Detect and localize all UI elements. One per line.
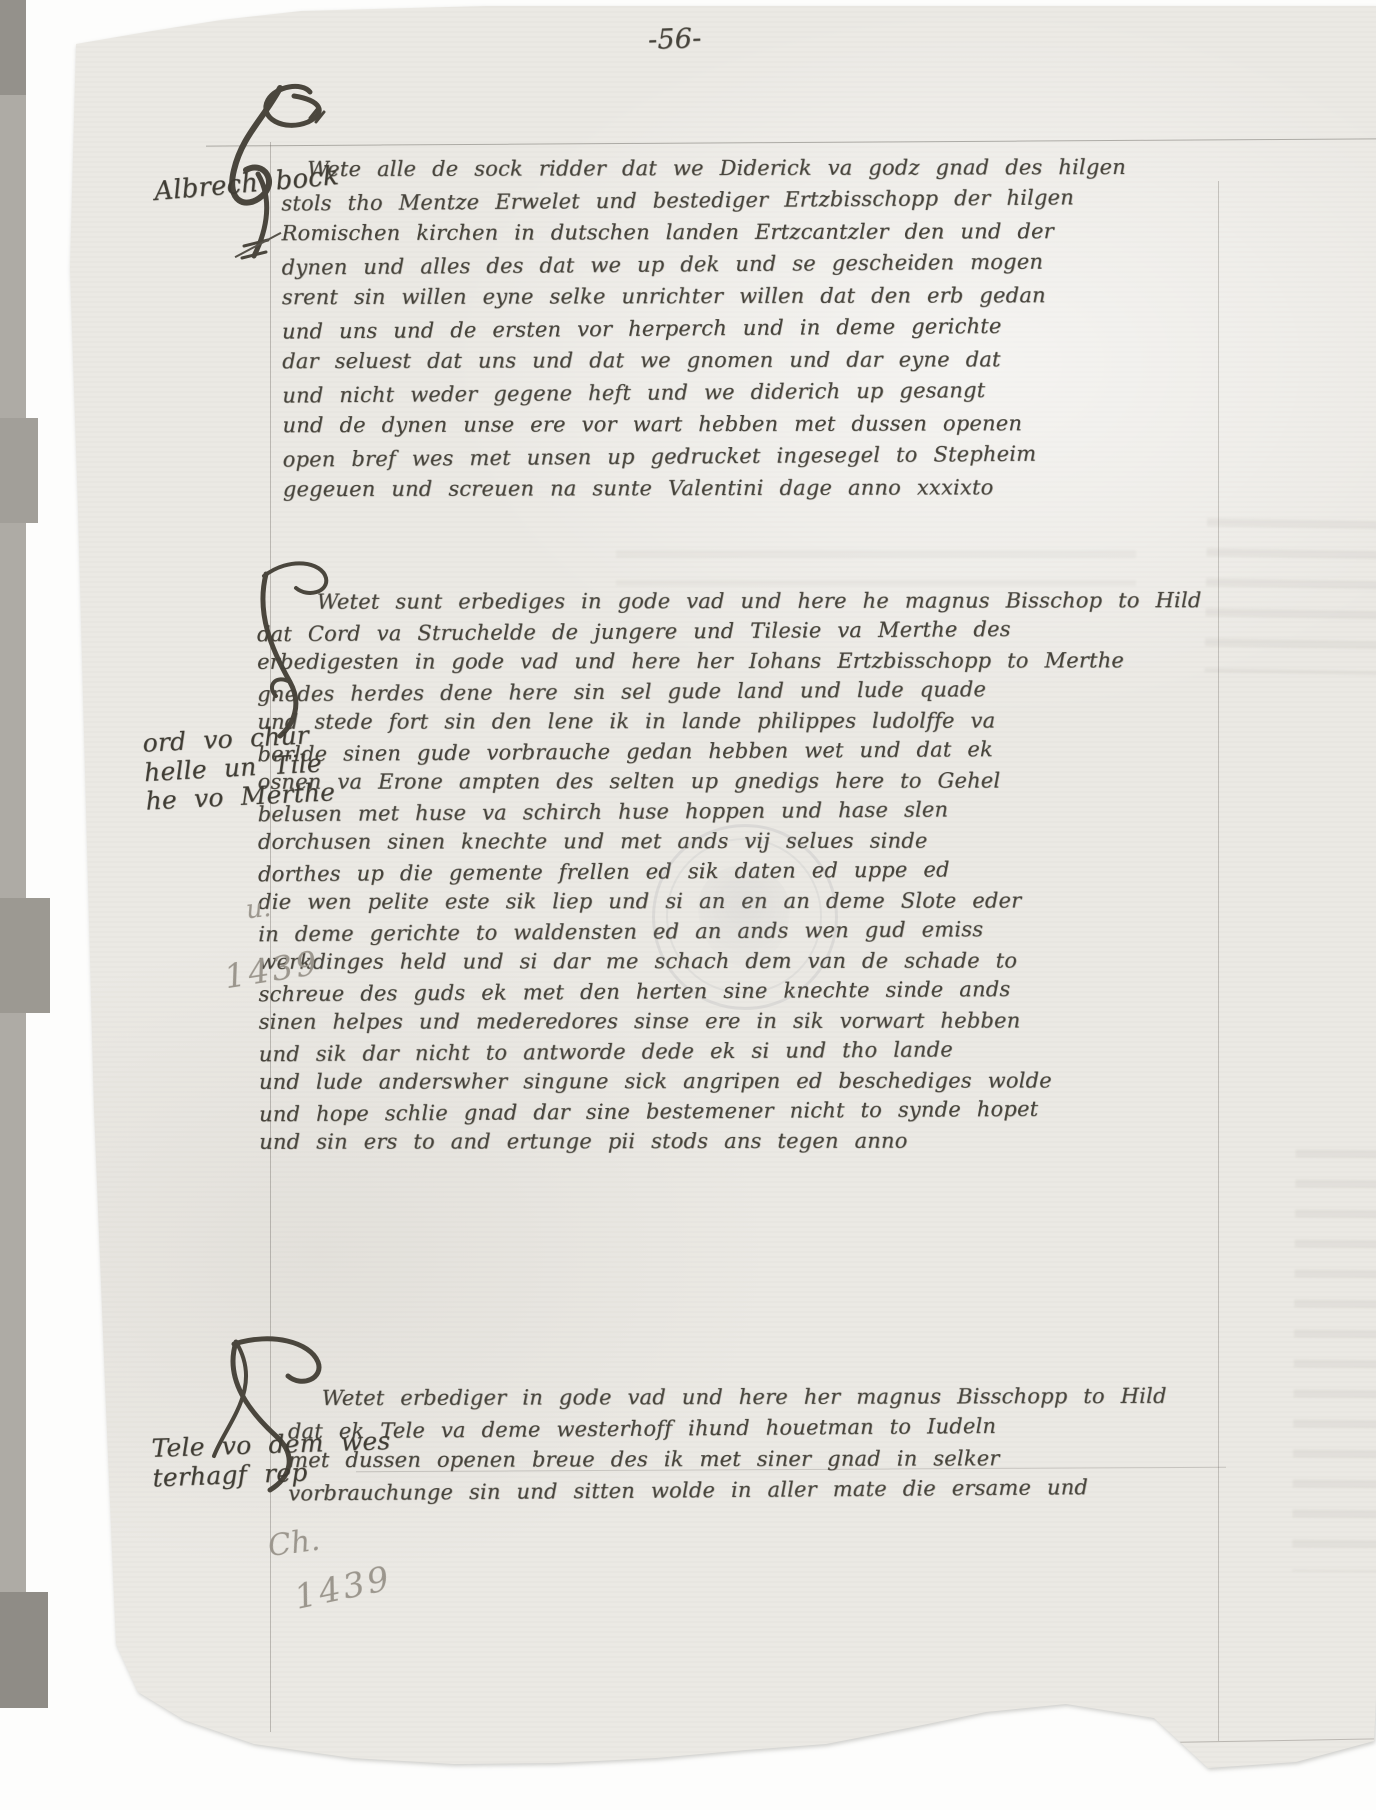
margin-note-slash — [235, 232, 282, 258]
text-line: dynen und alles des dat we up dek und se… — [282, 244, 1187, 283]
margin-note-names: ord vo churhelle un Tilehe vo Merthe — [142, 719, 336, 816]
text-line: Wete alle de sock ridder dat we Diderick… — [281, 151, 1186, 185]
text-line: berlde sinen gude vorbrauche gedan hebbe… — [257, 733, 1187, 769]
pencil-annotation: Ch. — [266, 1523, 322, 1565]
paragraph-1: Wete alle de sock ridder dat we Diderick… — [281, 150, 1188, 507]
text-line: Wetet erbediger in gode vad und here her… — [288, 1381, 1168, 1414]
ink-bleedthrough — [616, 534, 1136, 586]
text-line: gnedes herdes dene here sin sel gude lan… — [257, 673, 1187, 709]
pencil-rule-bottom — [956, 1738, 1376, 1746]
manuscript-page-wrap: -56- W — [0, 0, 1376, 1810]
text-line: und lude anderswher singune sick angripe… — [259, 1065, 1189, 1097]
paragraph-3: Wetet erbediger in gode vad und here her… — [288, 1380, 1169, 1509]
pencil-rule-top — [206, 138, 1376, 146]
ink-bleedthrough — [1205, 502, 1376, 676]
ink-bleedthrough — [1292, 1133, 1376, 1572]
text-line: und sin ers to and ertunge pii stods ans… — [259, 1125, 1189, 1157]
text-line: gegeuen und screuen na sunte Valentini d… — [283, 471, 1188, 505]
text-line: dar seluest dat uns und dat we gnomen un… — [282, 343, 1187, 377]
text-line: Wetet sunt erbediges in gode vad und her… — [257, 585, 1187, 617]
margin-note-names: Tele vo dem westerhagf rep — [151, 1426, 392, 1492]
text-line: Romischen kirchen in dutschen landen Ert… — [281, 215, 1186, 249]
text-line: dat Cord va Struchelde de jungere und Ti… — [257, 613, 1187, 649]
text-line: erbedigesten in gode vad und here her Io… — [257, 645, 1187, 677]
pencil-annotation: u. — [245, 893, 273, 925]
circular-archive-stamp-icon — [652, 824, 838, 1010]
text-line: und de dynen unse ere vor wart hebben me… — [282, 407, 1187, 441]
text-line: und sik dar nicht to antworde dede ek si… — [259, 1033, 1189, 1069]
text-line: met dussen openen breue des ik met siner… — [288, 1443, 1168, 1476]
text-line: srent sin willen eyne selke unrichter wi… — [282, 279, 1187, 313]
text-line: open bref wes met unsen up gedrucket ing… — [283, 436, 1188, 475]
pencil-rule-right — [1218, 181, 1219, 1741]
text-line: und stede fort sin den lene ik in lande … — [257, 705, 1187, 737]
text-line: und uns und de ersten vor herperch und i… — [282, 308, 1187, 347]
text-line: und nicht weder gegene heft und we dider… — [282, 372, 1187, 411]
text-line: dat ek Tele va deme westerhoff ihund hou… — [288, 1410, 1168, 1448]
text-line: vorbrauchunge sin und sitten wolde in al… — [288, 1472, 1168, 1510]
page-number: -56- — [647, 23, 701, 56]
manuscript-page: -56- W — [56, 6, 1376, 1790]
text-line: stols tho Mentze Erwelet und bestediger … — [281, 180, 1186, 219]
text-line: osnen va Erone ampten des selten up gned… — [258, 765, 1188, 797]
pencil-year-1439: 1439 — [291, 1558, 396, 1618]
text-line: und hope schlie gnad dar sine bestemener… — [259, 1093, 1189, 1129]
